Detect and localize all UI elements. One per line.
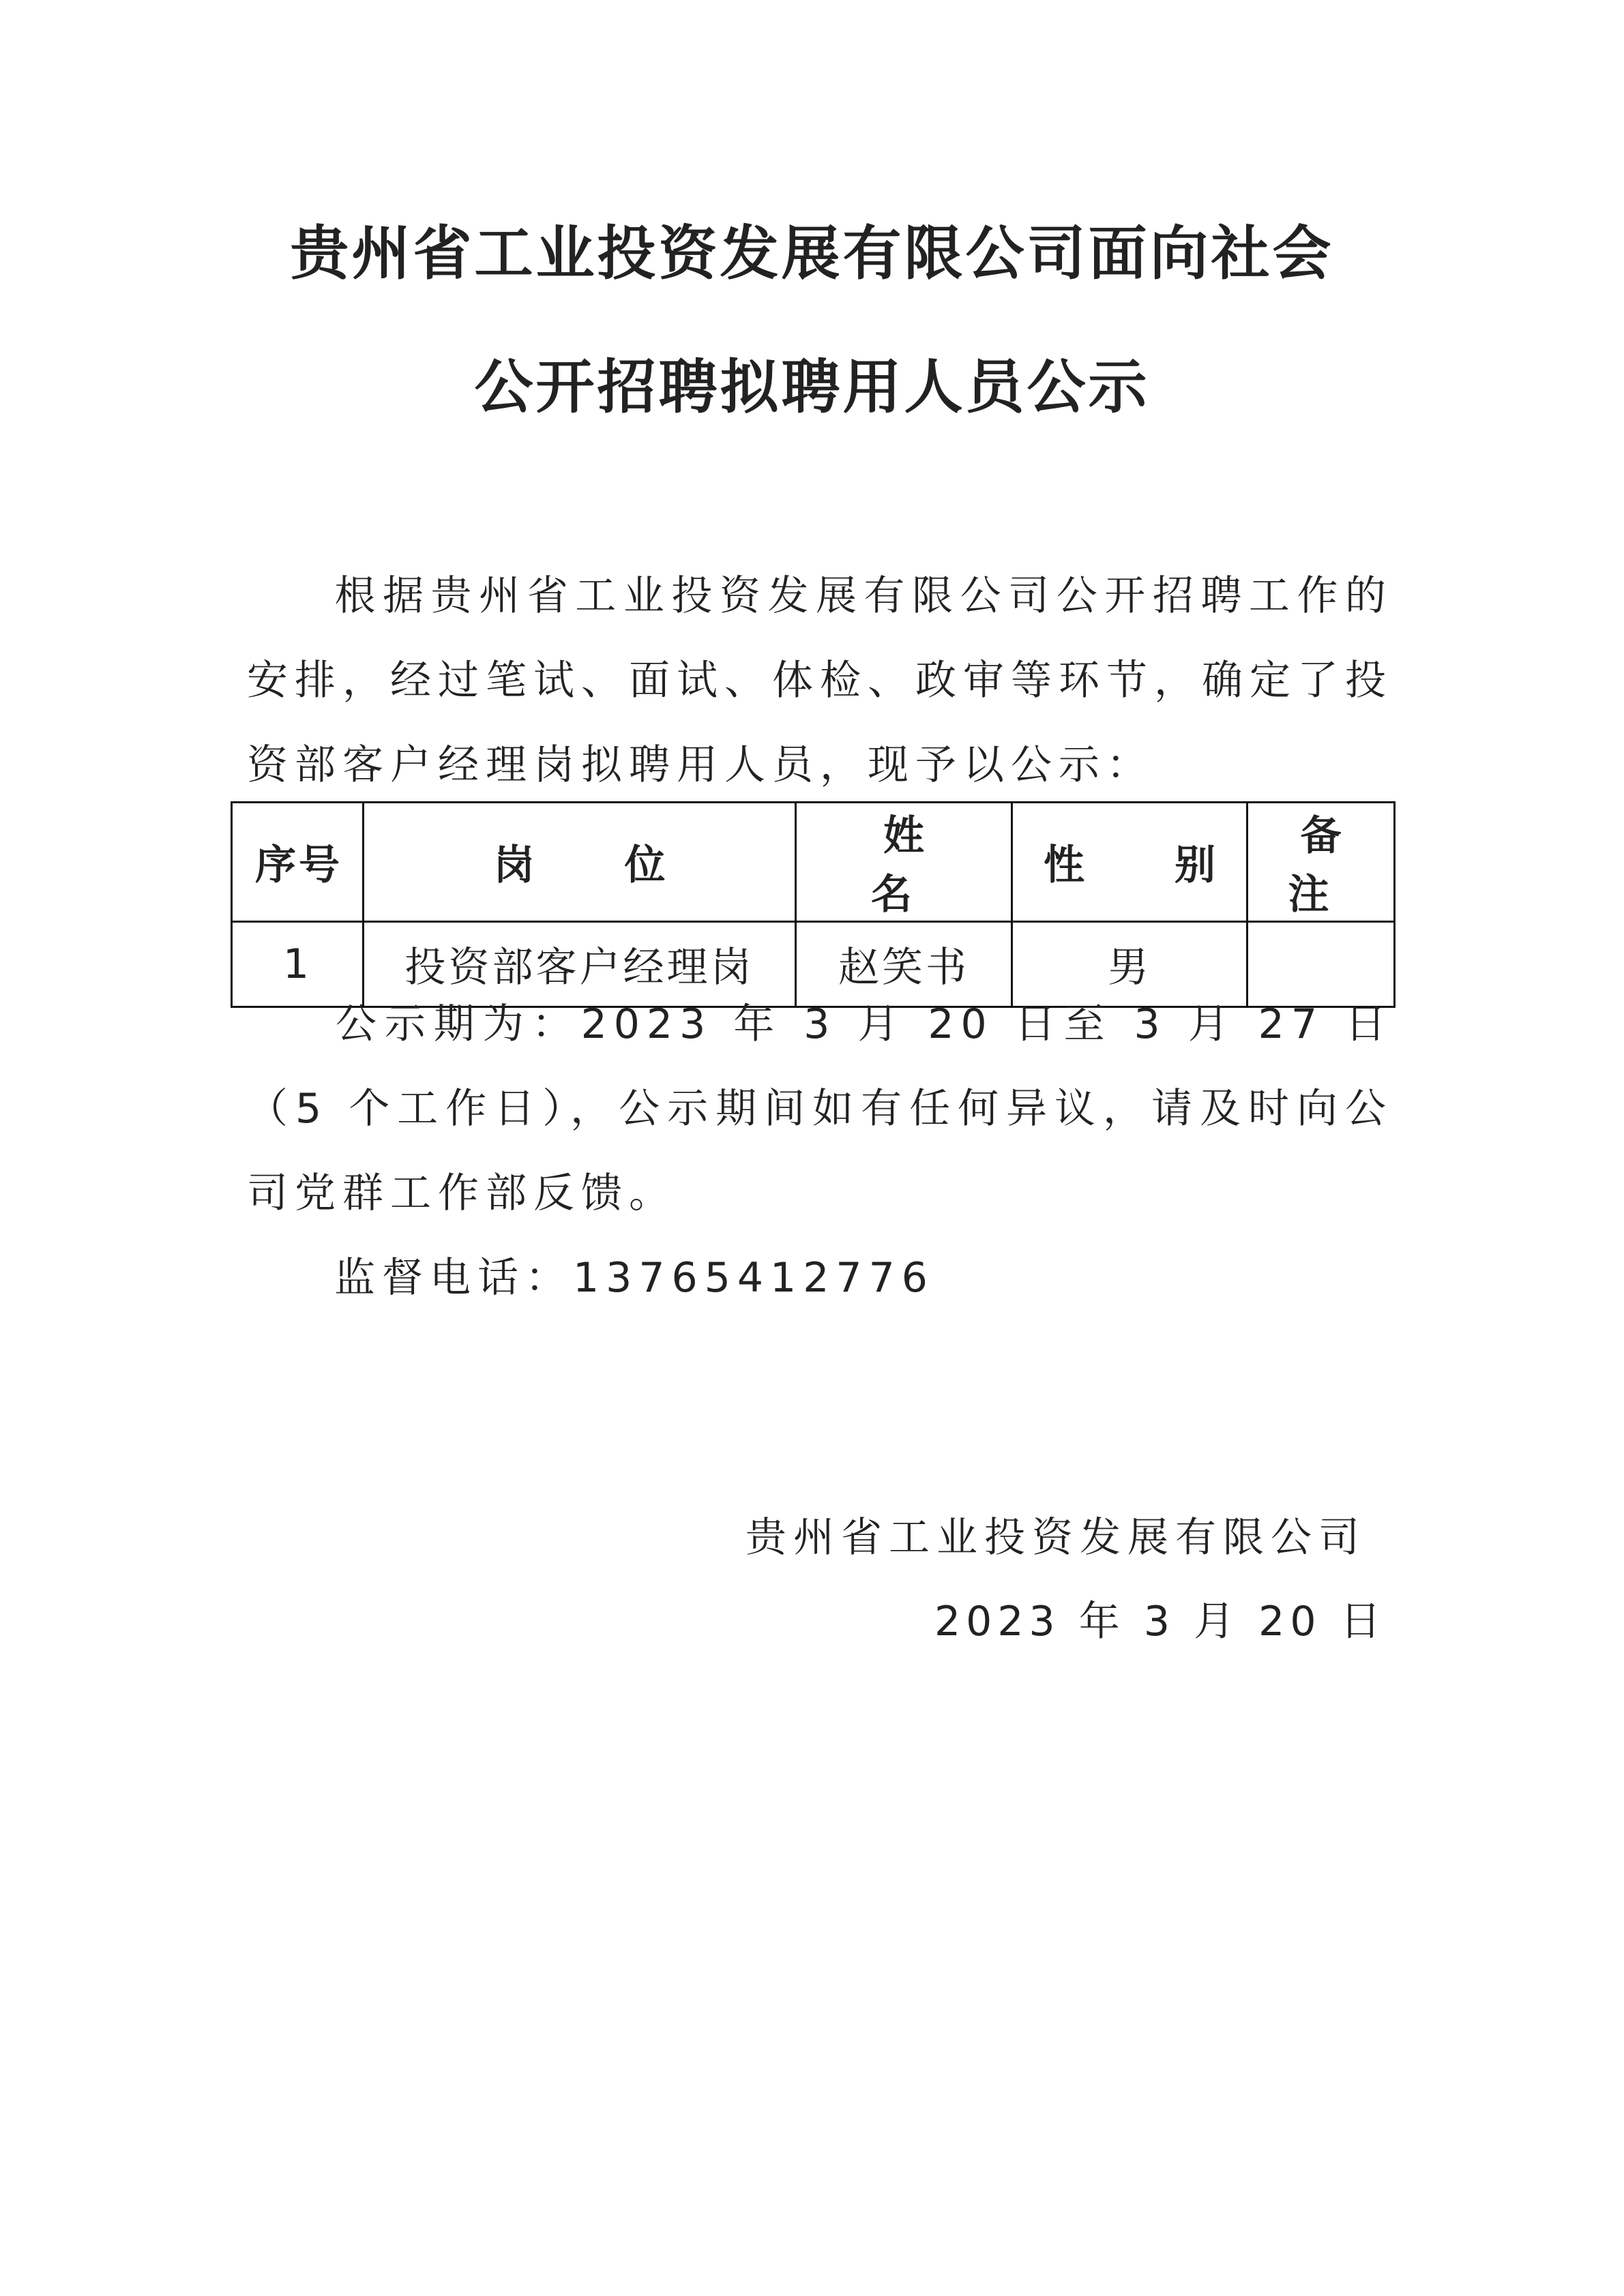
notice-text: 公示期为：2023 年 3 月 20 日至 3 月 27 日（5 个工作日），公… xyxy=(247,1000,1393,1217)
notice-paragraph: 公示期为：2023 年 3 月 20 日至 3 月 27 日（5 个工作日），公… xyxy=(247,982,1393,1236)
signature-organization: 贵州省工业投资发展有限公司 xyxy=(745,1510,1366,1565)
header-position: 岗 位 xyxy=(364,803,796,922)
header-name: 姓 名 xyxy=(796,803,1012,922)
signature-date: 2023 年 3 月 20 日 xyxy=(934,1594,1387,1649)
hotline-number: 13765412776 xyxy=(573,1254,934,1302)
hotline-paragraph: 监督电话：13765412776 xyxy=(247,1236,1393,1320)
candidate-table: 序号 岗 位 姓 名 性 别 备注 1 投资部客户经理岗 赵笑书 男 xyxy=(231,801,1396,1008)
table-header-row: 序号 岗 位 姓 名 性 别 备注 xyxy=(232,803,1395,922)
intro-text: 根据贵州省工业投资发展有限公司公开招聘工作的安排，经过笔试、面试、体检、政审等环… xyxy=(247,572,1393,789)
header-remark: 备注 xyxy=(1247,803,1395,922)
header-gender: 性 别 xyxy=(1012,803,1247,922)
document-title-line-1: 贵州省工业投资发展有限公司面向社会 xyxy=(0,220,1624,288)
hotline-label: 监督电话： xyxy=(334,1254,573,1302)
document-title-line-2: 公开招聘拟聘用人员公示 xyxy=(0,353,1624,421)
document-page: 贵州省工业投资发展有限公司面向社会 公开招聘拟聘用人员公示 根据贵州省工业投资发… xyxy=(0,0,1624,2296)
intro-paragraph: 根据贵州省工业投资发展有限公司公开招聘工作的安排，经过笔试、面试、体检、政审等环… xyxy=(247,554,1393,807)
header-index: 序号 xyxy=(232,803,364,922)
